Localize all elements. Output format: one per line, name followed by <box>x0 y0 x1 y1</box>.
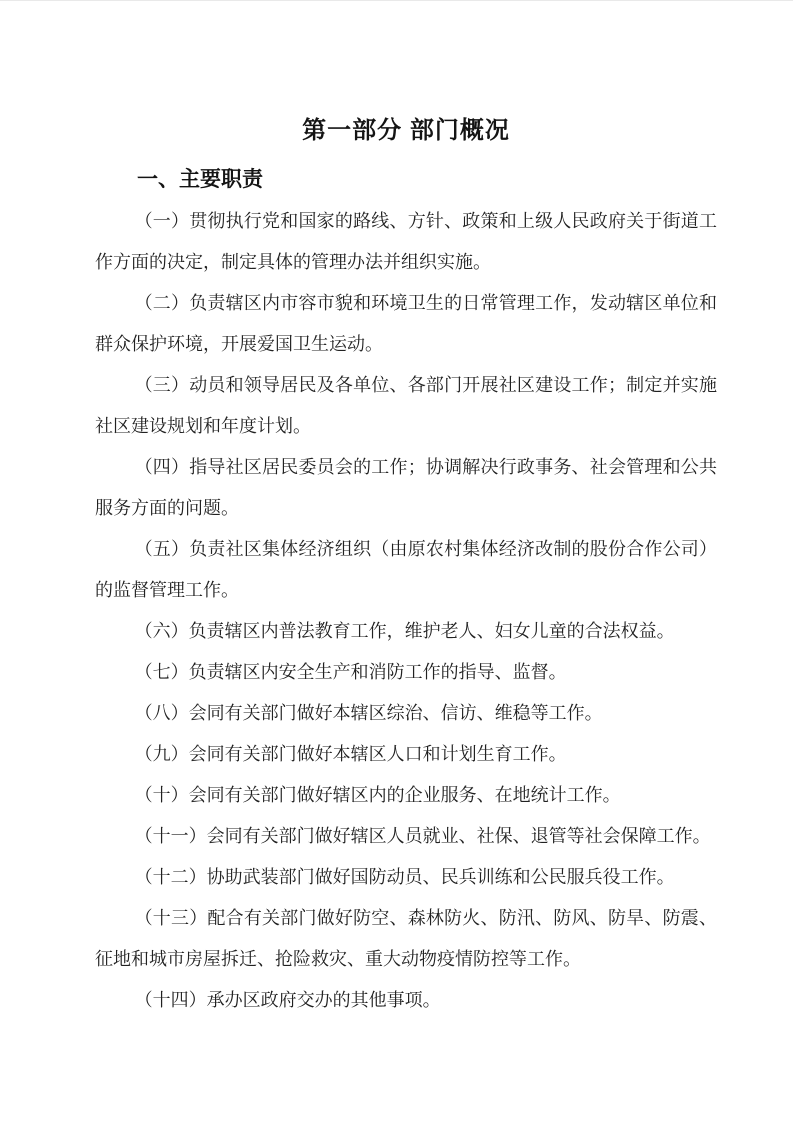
paragraph-10: （十）会同有关部门做好辖区内的企业服务、在地统计工作。 <box>95 775 717 816</box>
paragraph-1: （一）贯彻执行党和国家的路线、方针、政策和上级人民政府关于街道工作方面的决定，制… <box>95 201 717 283</box>
paragraph-4: （四）指导社区居民委员会的工作；协调解决行政事务、社会管理和公共服务方面的问题。 <box>95 447 717 529</box>
paragraph-6: （六）负责辖区内普法教育工作，维护老人、妇女儿童的合法权益。 <box>95 611 717 652</box>
paragraph-7: （七）负责辖区内安全生产和消防工作的指导、监督。 <box>95 652 717 693</box>
paragraph-5: （五）负责社区集体经济组织（由原农村集体经济改制的股份合作公司）的监督管理工作。 <box>95 529 717 611</box>
paragraph-2: （二）负责辖区内市容市貌和环境卫生的日常管理工作，发动辖区单位和群众保护环境，开… <box>95 283 717 365</box>
paragraph-8: （八）会同有关部门做好本辖区综治、信访、维稳等工作。 <box>95 693 717 734</box>
section-heading: 一、主要职责 <box>95 159 717 201</box>
paragraph-12: （十二）协助武装部门做好国防动员、民兵训练和公民服兵役工作。 <box>95 857 717 898</box>
page-title: 第一部分 部门概况 <box>95 109 717 153</box>
document-content: 第一部分 部门概况 一、主要职责 （一）贯彻执行党和国家的路线、方针、政策和上级… <box>95 1 717 1021</box>
paragraph-13: （十三）配合有关部门做好防空、森林防火、防汛、防风、防旱、防震、征地和城市房屋拆… <box>95 898 717 980</box>
paragraph-11: （十一）会同有关部门做好辖区人员就业、社保、退管等社会保障工作。 <box>95 816 717 857</box>
document-page: 第一部分 部门概况 一、主要职责 （一）贯彻执行党和国家的路线、方针、政策和上级… <box>0 0 793 1122</box>
paragraph-14: （十四）承办区政府交办的其他事项。 <box>95 980 717 1021</box>
paragraph-3: （三）动员和领导居民及各单位、各部门开展社区建设工作；制定并实施社区建设规划和年… <box>95 365 717 447</box>
paragraph-9: （九）会同有关部门做好本辖区人口和计划生育工作。 <box>95 734 717 775</box>
